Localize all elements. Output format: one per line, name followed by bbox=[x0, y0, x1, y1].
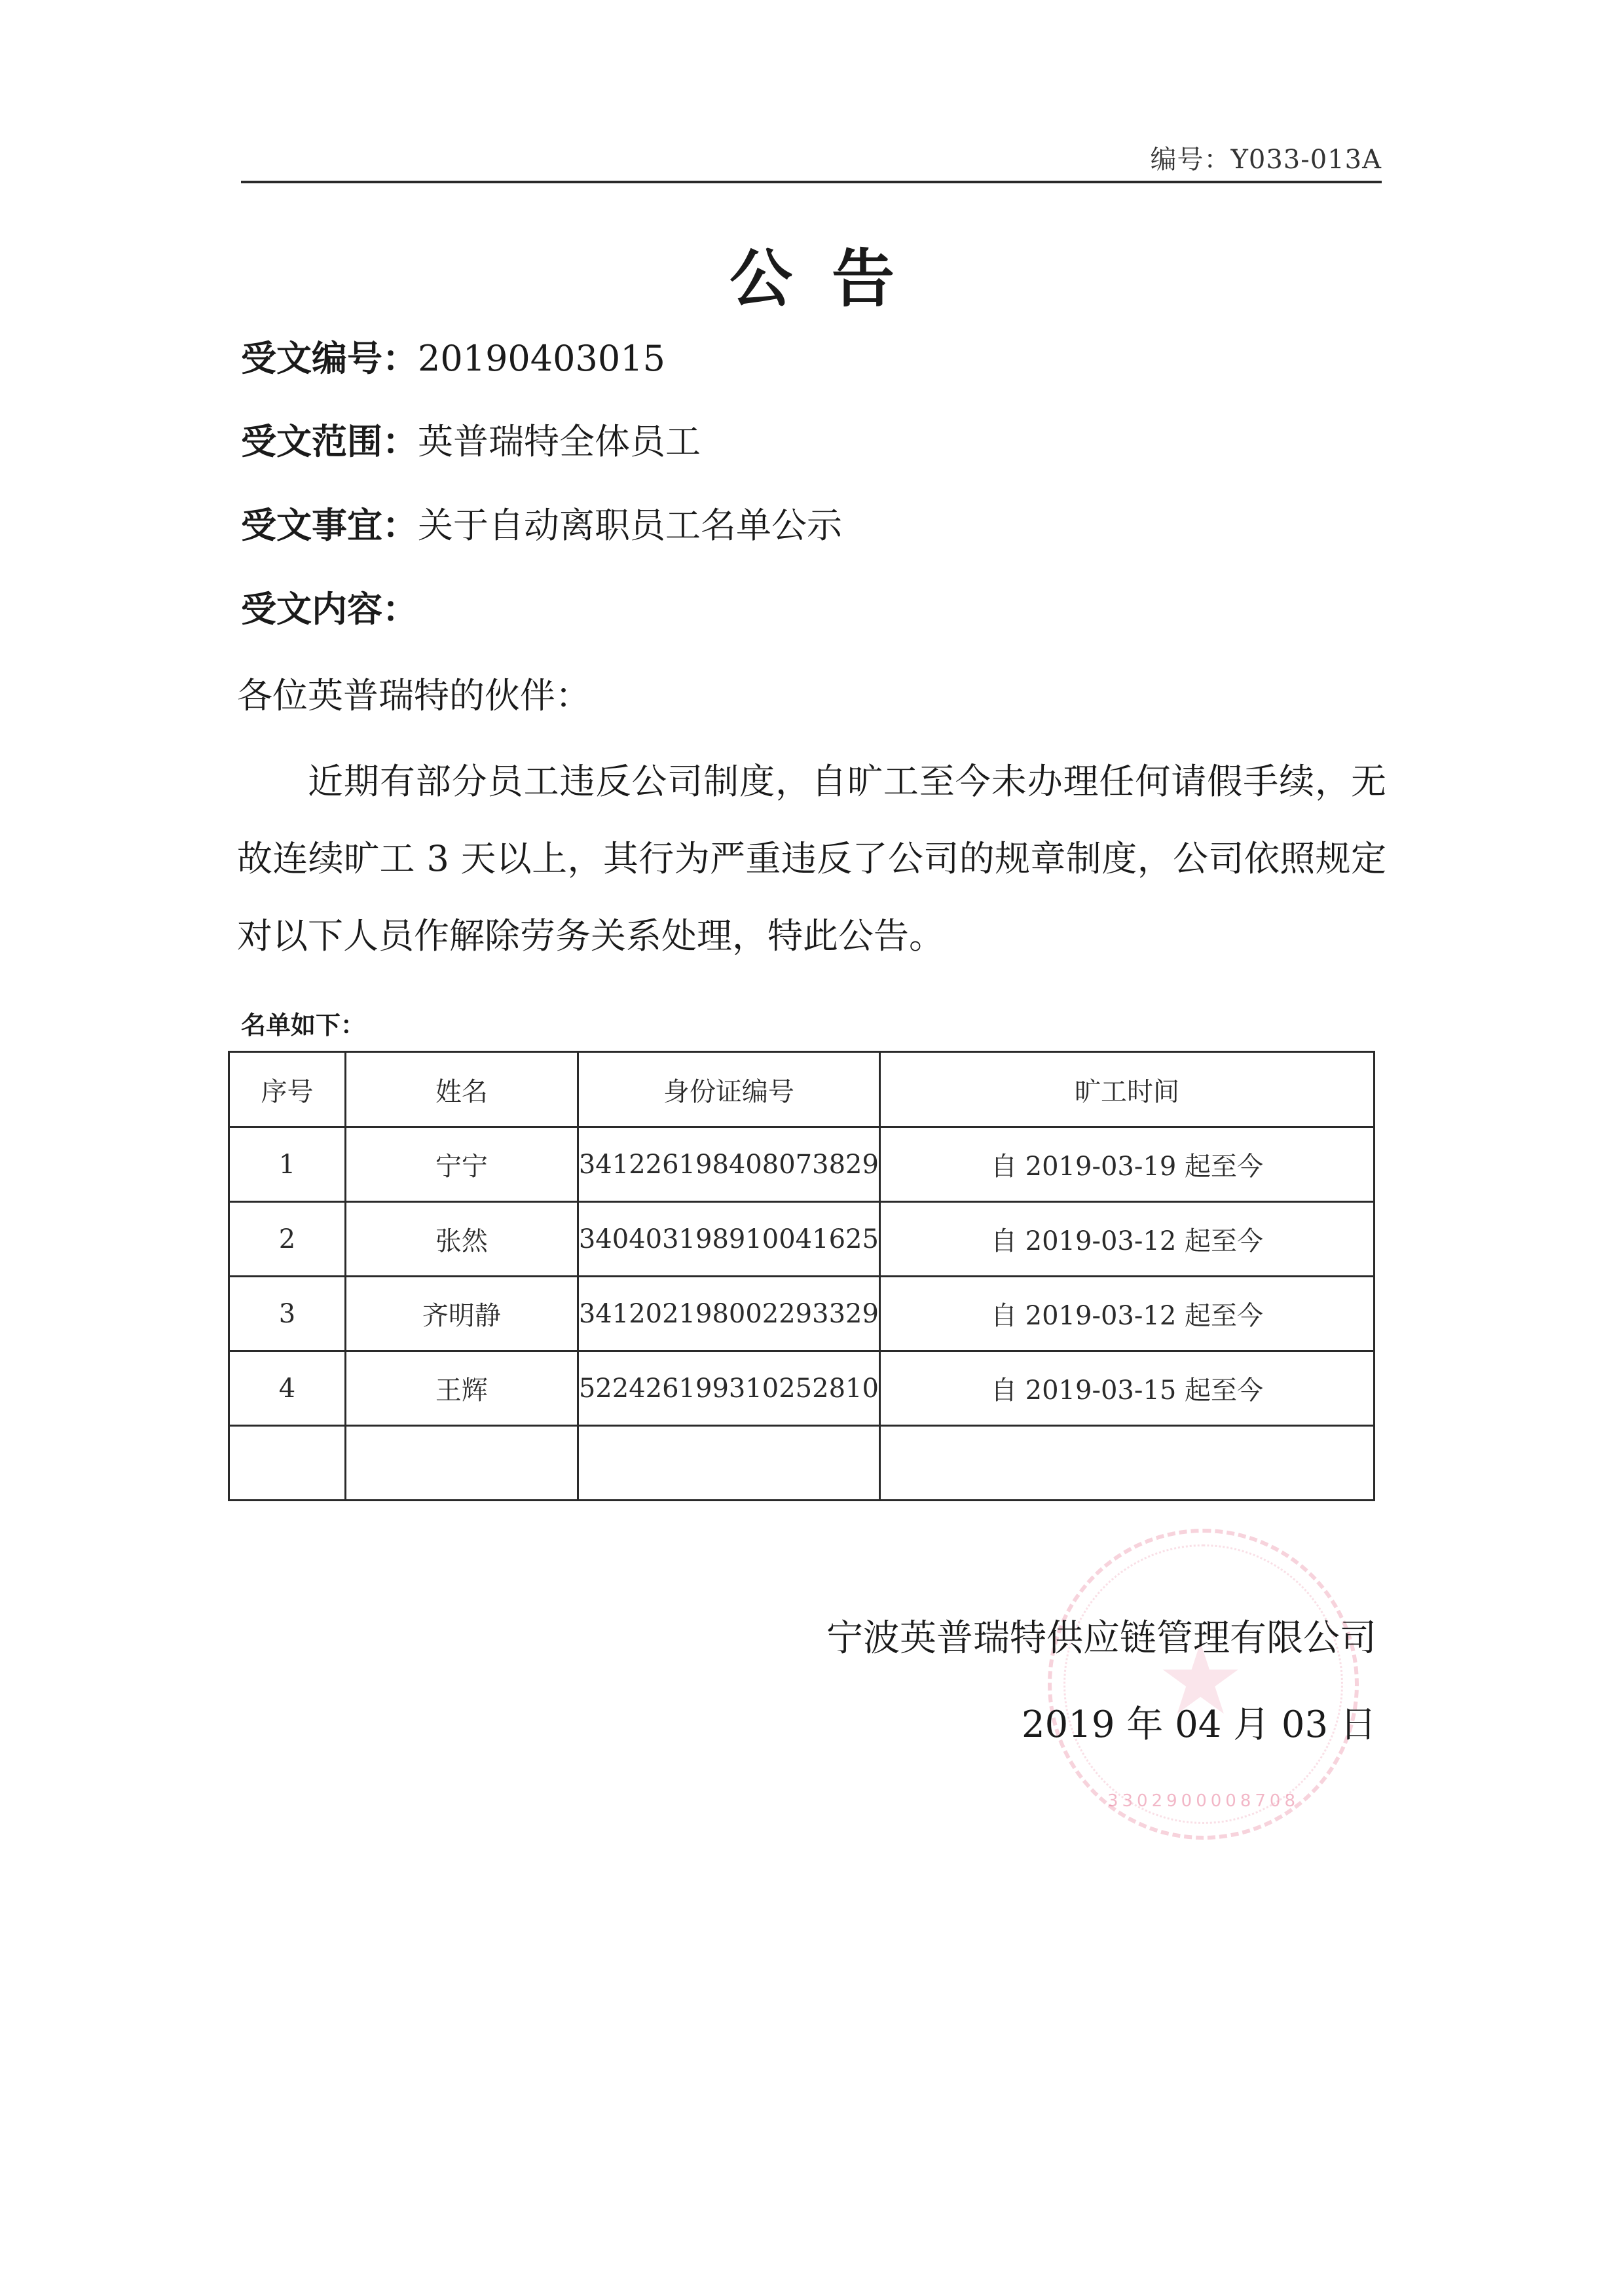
cell-name: 齐明静 bbox=[346, 1277, 578, 1351]
table-row: 2 张然 340403198910041625 自 2019-03-12 起至今 bbox=[229, 1202, 1375, 1277]
cell-absence-period: 自 2019-03-19 起至今 bbox=[879, 1127, 1374, 1202]
cell-name bbox=[346, 1426, 578, 1501]
cell-name: 张然 bbox=[346, 1202, 578, 1277]
field-scope: 受文范围：英普瑞特全体员工 bbox=[241, 414, 701, 464]
field-label: 受文编号： bbox=[241, 338, 418, 379]
field-subject: 受文事宜：关于自动离职员工名单公示 bbox=[241, 498, 842, 548]
cell-index: 1 bbox=[229, 1127, 346, 1202]
table-row: 4 王辉 522426199310252810 自 2019-03-15 起至今 bbox=[229, 1351, 1375, 1426]
cell-index bbox=[229, 1426, 346, 1501]
cell-name: 宁宁 bbox=[346, 1127, 578, 1202]
cell-absence-period bbox=[879, 1426, 1374, 1501]
column-header-index: 序号 bbox=[229, 1052, 346, 1127]
employee-table: 序号 姓名 身份证编号 旷工时间 1 宁宁 341226198408073829… bbox=[228, 1051, 1375, 1501]
cell-absence-period: 自 2019-03-12 起至今 bbox=[879, 1277, 1374, 1351]
field-label: 受文事宜： bbox=[241, 505, 418, 546]
field-document-number: 受文编号：20190403015 bbox=[241, 331, 665, 381]
column-header-absence-period: 旷工时间 bbox=[879, 1052, 1374, 1127]
cell-id-number: 522426199310252810 bbox=[578, 1351, 879, 1426]
field-label: 受文内容： bbox=[241, 589, 418, 630]
cell-index: 2 bbox=[229, 1202, 346, 1277]
cell-id-number: 341226198408073829 bbox=[578, 1127, 879, 1202]
company-name: 宁波英普瑞特供应链管理有限公司 bbox=[826, 1609, 1376, 1662]
column-header-id-number: 身份证编号 bbox=[578, 1052, 879, 1127]
table-row: 1 宁宁 341226198408073829 自 2019-03-19 起至今 bbox=[229, 1127, 1375, 1202]
page-title: 公告 bbox=[0, 229, 1624, 319]
stamp-number: 3302900008708 bbox=[1052, 1791, 1355, 1811]
body-paragraph: 近期有部分员工违反公司制度，自旷工至今未办理任何请假手续，无故连续旷工 3 天以… bbox=[237, 743, 1386, 975]
table-header-row: 序号 姓名 身份证编号 旷工时间 bbox=[229, 1052, 1375, 1127]
cell-id-number: 341202198002293329 bbox=[578, 1277, 879, 1351]
header-divider bbox=[241, 181, 1382, 183]
cell-index: 3 bbox=[229, 1277, 346, 1351]
cell-absence-period: 自 2019-03-12 起至今 bbox=[879, 1202, 1374, 1277]
greeting: 各位英普瑞特的伙伴： bbox=[237, 668, 591, 718]
issue-date: 2019 年 04 月 03 日 bbox=[1022, 1696, 1376, 1748]
field-value: 关于自动离职员工名单公示 bbox=[418, 505, 842, 546]
field-label: 受文范围： bbox=[241, 421, 418, 462]
list-label: 名单如下： bbox=[241, 1005, 365, 1041]
cell-id-number: 340403198910041625 bbox=[578, 1202, 879, 1277]
field-value: 20190403015 bbox=[418, 338, 665, 379]
field-content: 受文内容： bbox=[241, 581, 418, 632]
table-row-empty bbox=[229, 1426, 1375, 1501]
cell-absence-period: 自 2019-03-15 起至今 bbox=[879, 1351, 1374, 1426]
company-seal-stamp: ★ 3302900008708 bbox=[1048, 1529, 1359, 1840]
document-code: 编号：Y033-013A bbox=[1150, 139, 1382, 176]
column-header-name: 姓名 bbox=[346, 1052, 578, 1127]
cell-id-number bbox=[578, 1426, 879, 1501]
cell-name: 王辉 bbox=[346, 1351, 578, 1426]
field-value: 英普瑞特全体员工 bbox=[418, 421, 701, 462]
table-row: 3 齐明静 341202198002293329 自 2019-03-12 起至… bbox=[229, 1277, 1375, 1351]
cell-index: 4 bbox=[229, 1351, 346, 1426]
